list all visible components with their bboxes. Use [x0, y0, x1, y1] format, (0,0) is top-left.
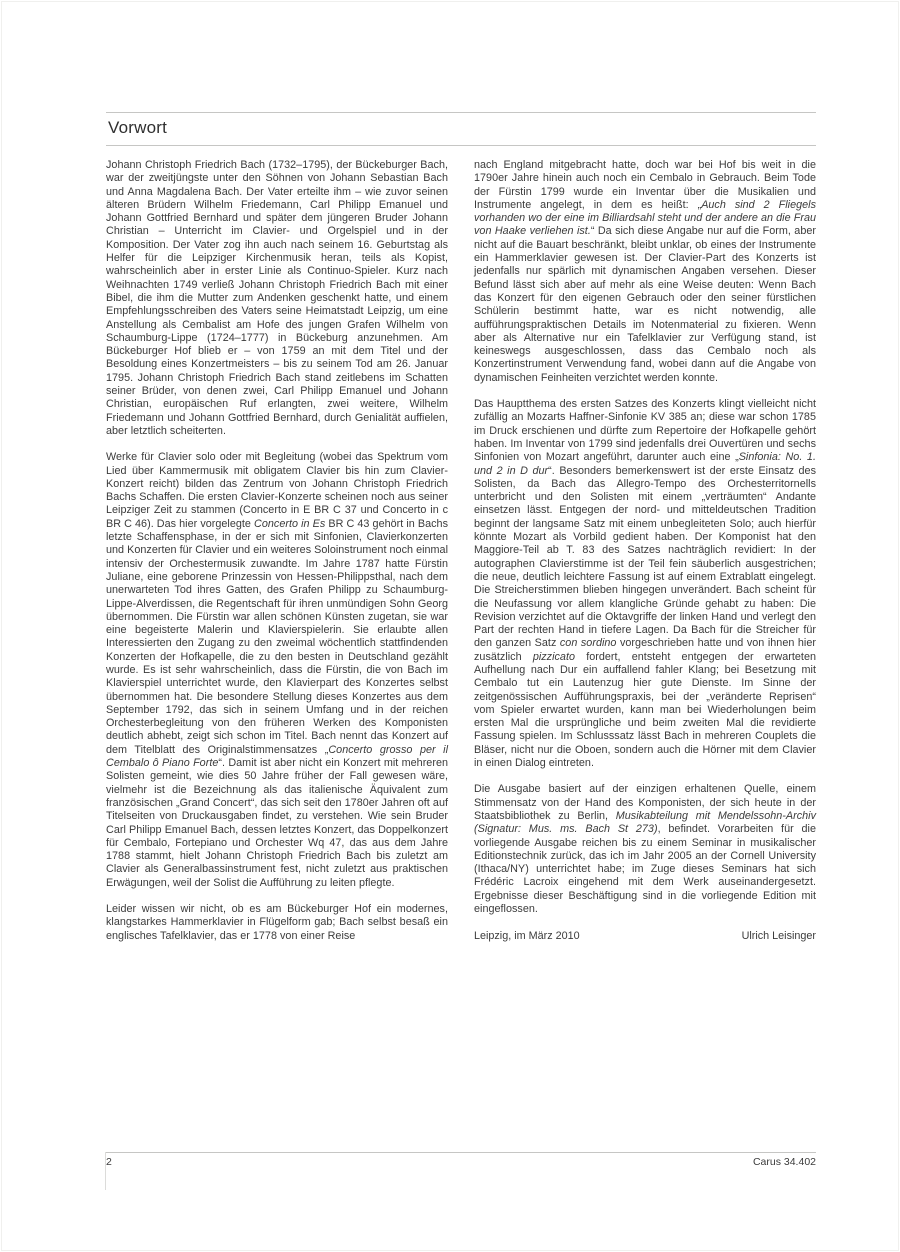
signature-author: Ulrich Leisinger [742, 930, 816, 943]
paragraph: nach England mitgebracht hatte, doch war… [474, 159, 816, 385]
paragraph: Johann Christoph Friedrich Bach (1732–17… [106, 159, 448, 438]
paragraph: Leider wissen wir nicht, ob es am Bückeb… [106, 903, 448, 943]
footer-page-number: 2 [106, 1156, 112, 1168]
footer-edition-number: Carus 34.402 [753, 1156, 816, 1168]
right-column-paragraphs: nach England mitgebracht hatte, doch war… [474, 159, 816, 916]
left-column: Johann Christoph Friedrich Bach (1732–17… [106, 159, 448, 956]
title-block: Vorwort [106, 112, 816, 146]
signature-row: Leipzig, im März 2010 Ulrich Leisinger [474, 930, 816, 943]
paragraph: Die Ausgabe basiert auf der einzigen erh… [474, 783, 816, 916]
right-column: nach England mitgebracht hatte, doch war… [474, 159, 816, 956]
page-edge-mark [105, 1152, 106, 1190]
page-title: Vorwort [108, 118, 816, 138]
left-column-paragraphs: Johann Christoph Friedrich Bach (1732–17… [106, 159, 448, 943]
signature-place-date: Leipzig, im März 2010 [474, 930, 580, 943]
paragraph: Werke für Clavier solo oder mit Begleitu… [106, 451, 448, 890]
document-page: { "header": { "title": "Vorwort" }, "art… [0, 0, 900, 1252]
paragraph: Das Hauptthema des ersten Satzes des Kon… [474, 398, 816, 770]
page-content: Vorwort Johann Christoph Friedrich Bach … [106, 112, 816, 956]
article-body: Johann Christoph Friedrich Bach (1732–17… [106, 159, 816, 956]
page-footer: 2 Carus 34.402 [106, 1152, 816, 1168]
